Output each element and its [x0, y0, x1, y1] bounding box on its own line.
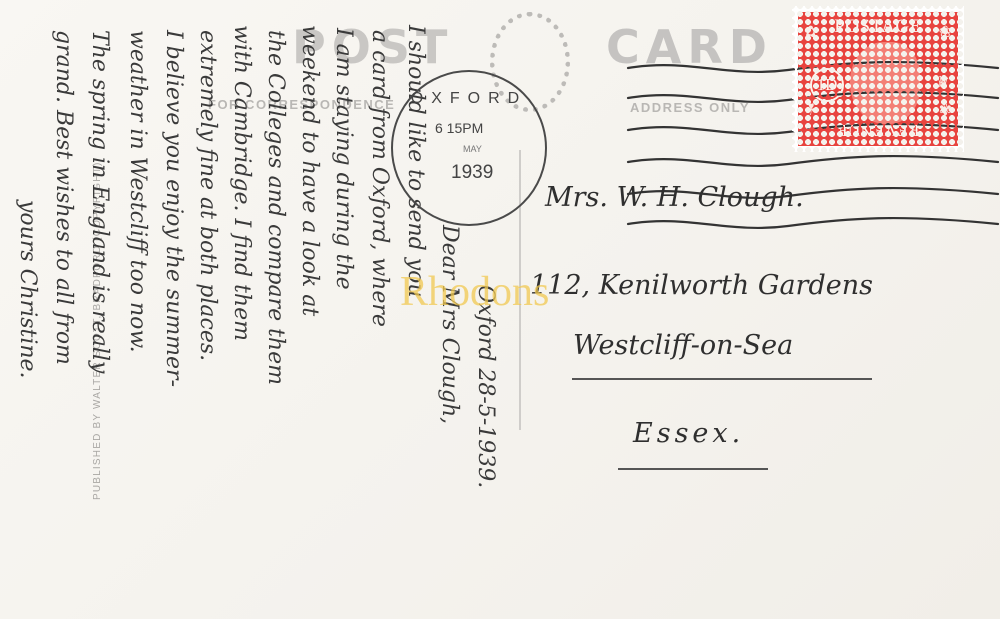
stamp-value: 1D [810, 68, 844, 102]
postmark-month: MAY [463, 144, 482, 154]
postmark-time: 6 15PM [435, 120, 483, 136]
message-line: the Colleges and compare them [263, 30, 288, 385]
watermark: Rhodons [400, 268, 549, 316]
message-line: weekend to have a look at [297, 25, 322, 316]
town-underline [572, 378, 872, 380]
stamp-bottom-text: REVENUE [798, 120, 958, 140]
message-line: yours Christine. [15, 200, 40, 379]
rose-icon: ❀ [939, 22, 952, 42]
crown-icon: ♛ [936, 72, 950, 92]
address-town: Westcliff-on-Sea [573, 330, 793, 361]
address-county: Essex. [633, 418, 744, 449]
thistle-icon: ✾ [939, 100, 952, 120]
king-portrait-icon [850, 42, 920, 124]
address-name: Mrs. W. H. Clough. [545, 182, 804, 213]
county-underline [618, 468, 768, 470]
message-line: I believe you enjoy the summer- [161, 30, 186, 387]
daffodil-icon: ✿ [804, 22, 817, 42]
message-line: extremely fine at both places. [195, 30, 220, 361]
message-line: with Cambridge. I find them [229, 25, 254, 341]
postmark-year: 1939 [451, 162, 493, 184]
postmark-town: OXFORD [393, 90, 545, 108]
message-line: a card from Oxford, where [367, 30, 392, 327]
message-line: grand. Best wishes to all from [51, 30, 76, 365]
address-street: 112, Kenilworth Gardens [530, 270, 873, 301]
message-line: weather in Westcliff too now. [125, 30, 150, 353]
stamp-top-text: POSTAGE [798, 16, 958, 38]
message-line: I am staying during the [331, 28, 356, 290]
circular-postmark: OXFORD 6 15PM MAY 1939 [391, 70, 547, 226]
message-salutation: Dear Mrs Clough, [437, 225, 462, 424]
shamrock-icon: ☘ [804, 100, 818, 120]
message-line: The spring in England is really [87, 30, 112, 373]
postcard-back: POST CARD FOR CORRESPONDENCE ADDRESS ONL… [0, 0, 1000, 619]
postage-stamp: POSTAGE 1D ✿ ❀ ♛ ☘ ✾ REVENUE [792, 6, 964, 152]
